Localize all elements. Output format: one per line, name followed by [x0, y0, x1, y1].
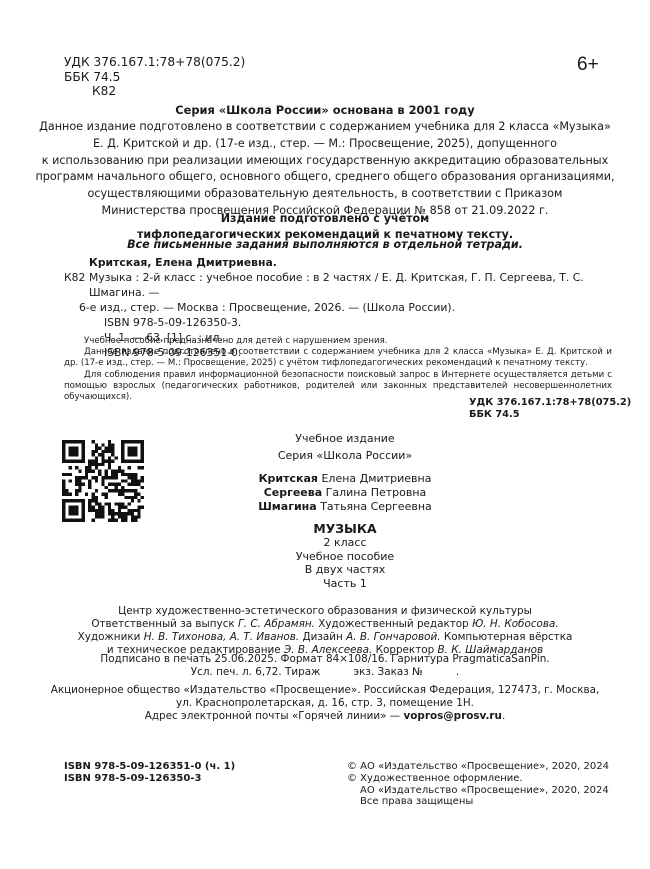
small-print: Учебное пособие предназначено для детей … — [64, 336, 612, 403]
udk-code: УДК 376.167.1:78+78(075.2) — [64, 55, 245, 70]
bib-line: Музыка : 2-й класс : учебное пособие : в… — [64, 270, 612, 300]
print-signed: Подписано в печать 25.06.2025. Формат 84… — [0, 653, 650, 666]
publisher-info: Акционерное общество «Издательство «Прос… — [0, 684, 650, 710]
edition-info: Учебное издание Серия «Школа России» — [205, 430, 485, 464]
notebook-note: Все письменные задания выполняются в отд… — [0, 238, 650, 251]
bib-author: Критская, Елена Дмитриевна. — [64, 255, 612, 270]
author-row: Критская Елена Дмитриевна — [205, 472, 485, 486]
tiflo-line: Издание подготовлено с учётом — [0, 211, 650, 227]
series-title: Серия «Школа России» основана в 2001 год… — [0, 103, 650, 117]
qr-code-icon — [62, 440, 144, 522]
author-surname: Шмагина — [258, 500, 316, 513]
author-name: Татьяна Сергеевна — [320, 500, 432, 513]
edition-series: Серия «Школа России» — [205, 447, 485, 464]
copyright-line: © Художественное оформление. — [347, 773, 609, 785]
intro-line: Е. Д. Критской и др. (17-е изд., стер. —… — [0, 136, 650, 153]
bib-isbn-set: ISBN 978-5-09-126350-3. — [64, 315, 612, 330]
bbk-code: ББК 74.5 — [64, 70, 245, 85]
author-row: Шмагина Татьяна Сергеевна — [205, 500, 485, 514]
age-rating: 6+ — [577, 54, 599, 76]
print-sheets: Усл. печ. л. 6,72. Тираж экз. Заказ № . — [0, 666, 650, 679]
hotline-label: Адрес электронной почты «Горячей линии» … — [145, 710, 400, 722]
author-name: Галина Петровна — [326, 486, 427, 499]
udk-block-right: УДК 376.167.1:78+78(075.2) ББК 74.5 — [469, 397, 631, 421]
author-row: Сергеева Галина Петровна — [205, 486, 485, 500]
publisher-line: ул. Краснопролетарская, д. 16, стр. 3, п… — [0, 697, 650, 710]
bbk-code: ББК 74.5 — [469, 409, 631, 421]
small-print-paragraph: Учебное пособие предназначено для детей … — [64, 336, 612, 347]
credits: Центр художественно-эстетического образо… — [0, 605, 650, 657]
book-kind: Учебное пособие — [205, 550, 485, 564]
credit-name: А. В. Гончаровой. — [346, 631, 440, 643]
book-title: МУЗЫКА — [205, 522, 485, 536]
credit-label: Ответственный за выпуск — [91, 618, 234, 630]
hotline: Адрес электронной почты «Горячей линии» … — [0, 710, 650, 722]
book-parts: В двух частях — [205, 563, 485, 577]
small-print-paragraph: Данное издание подготовлено в соответств… — [64, 347, 612, 369]
credit-label: Дизайн — [303, 631, 343, 643]
intro-line: программ начального общего, основного об… — [0, 169, 650, 186]
intro-line: Данное издание подготовлено в соответств… — [0, 119, 650, 136]
author-surname: Критская — [259, 472, 318, 485]
book-info: МУЗЫКА 2 класс Учебное пособие В двух ча… — [205, 522, 485, 591]
credit-label: Компьютерная вёрстка — [444, 631, 573, 643]
book-part: Часть 1 — [205, 577, 485, 591]
author-mark: К82 — [64, 84, 245, 99]
authors-list: Критская Елена Дмитриевна Сергеева Галин… — [205, 472, 485, 514]
isbn-block: ISBN 978-5-09-126351-0 (ч. 1) ISBN 978-5… — [64, 761, 235, 785]
credit-name: Г. С. Абрамян. — [238, 618, 315, 630]
qr-code[interactable] — [62, 440, 144, 522]
hotline-end: . — [502, 710, 505, 722]
book-grade: 2 класс — [205, 536, 485, 550]
copyright-block: © АО «Издательство «Просвещение», 2020, … — [347, 761, 609, 808]
bib-line: 6-е изд., стер. — Москва : Просвещение, … — [64, 300, 612, 315]
intro-line: к использованию при реализации имеющих г… — [0, 153, 650, 170]
edition-type: Учебное издание — [205, 430, 485, 447]
intro-paragraph: Данное издание подготовлено в соответств… — [0, 119, 650, 220]
credit-label: Художественный редактор — [318, 618, 469, 630]
credit-name: Н. В. Тихонова, А. Т. Иванов. — [144, 631, 300, 643]
udk-block-top: УДК 376.167.1:78+78(075.2) ББК 74.5 К82 — [64, 55, 245, 99]
intro-line: осуществляющими образовательную деятельн… — [0, 186, 650, 203]
author-name: Елена Дмитриевна — [321, 472, 431, 485]
credit-name: Ю. Н. Кобосова. — [472, 618, 559, 630]
bib-code: К82 — [64, 270, 85, 285]
isbn-line: ISBN 978-5-09-126350-3 — [64, 773, 235, 785]
hotline-email-link[interactable]: vopros@prosv.ru — [403, 710, 501, 722]
copyright-line: © АО «Издательство «Просвещение», 2020, … — [347, 761, 609, 773]
credits-center: Центр художественно-эстетического образо… — [0, 605, 650, 618]
author-surname: Сергеева — [264, 486, 322, 499]
credits-line: Ответственный за выпуск Г. С. Абрамян. Х… — [0, 618, 650, 631]
isbn-line: ISBN 978-5-09-126351-0 (ч. 1) — [64, 761, 235, 773]
udk-code: УДК 376.167.1:78+78(075.2) — [469, 397, 631, 409]
print-info: Подписано в печать 25.06.2025. Формат 84… — [0, 653, 650, 679]
publisher-line: Акционерное общество «Издательство «Прос… — [0, 684, 650, 697]
copyright-line: АО «Издательство «Просвещение», 2020, 20… — [347, 785, 609, 797]
copyright-line: Все права защищены — [347, 796, 609, 808]
credit-label: Художники — [78, 631, 141, 643]
credits-line: Художники Н. В. Тихонова, А. Т. Иванов. … — [0, 631, 650, 644]
